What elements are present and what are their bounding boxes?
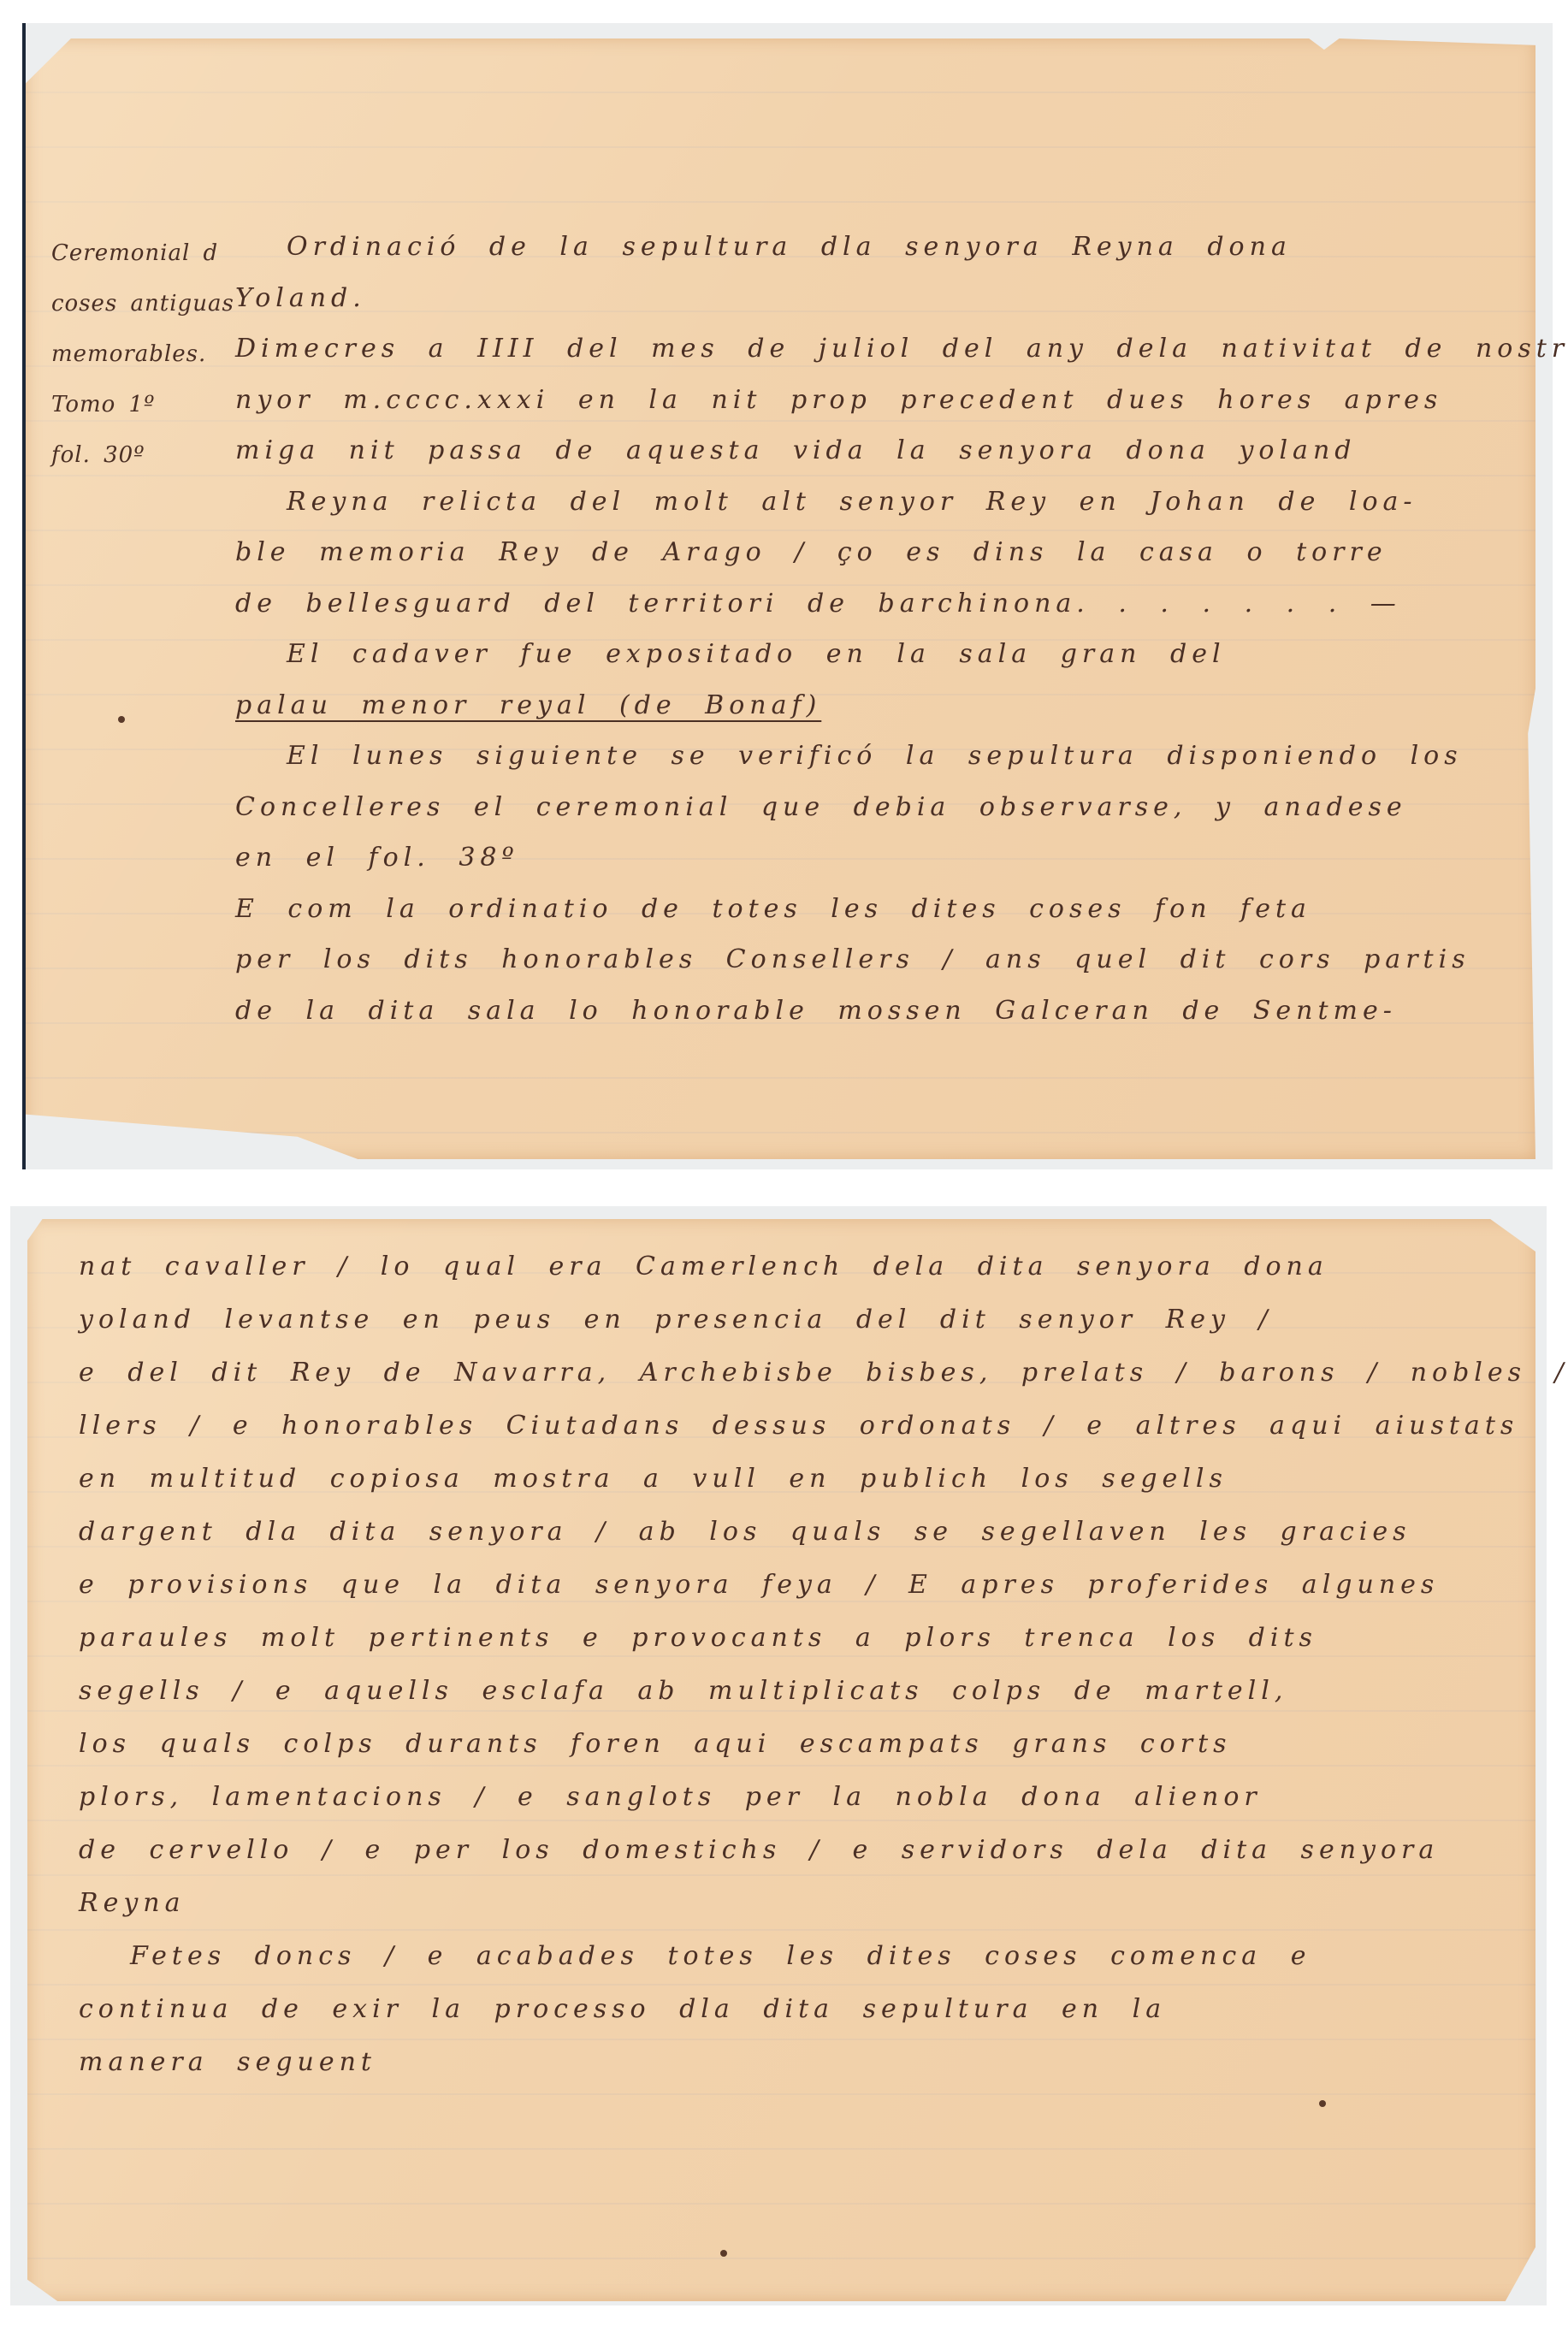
text-line: e provisions que la dita senyora feya / … <box>79 1559 1568 1612</box>
text-line: dargent dla dita senyora / ab los quals … <box>79 1506 1568 1559</box>
text-line: Fetes doncs / e acabades totes les dites… <box>79 1930 1568 1983</box>
text-line: segells / e aquells esclafa ab multiplic… <box>79 1665 1568 1718</box>
text-line: en el fol. 38º <box>235 832 1568 884</box>
text-line: yoland levantse en peus en presencia del… <box>79 1293 1568 1347</box>
text-line: continua de exir la processo dla dita se… <box>79 1983 1568 2036</box>
margin-note-line: coses antiguas <box>51 279 234 329</box>
ink-spot <box>118 716 125 723</box>
text-line: de cervello / e per los domestichs / e s… <box>79 1824 1568 1877</box>
text-line: Reyna <box>79 1877 1568 1930</box>
text-line: plors, lamentacions / e sanglots per la … <box>79 1771 1568 1824</box>
text-line: de bellesguard del territori de barchino… <box>235 578 1568 630</box>
margin-note-line: memorables. <box>51 329 234 380</box>
margin-note: Ceremonial d coses antiguas memorables. … <box>51 228 234 481</box>
text-line: ble memoria Rey de Arago / ço es dins la… <box>235 527 1568 578</box>
text-line: Reyna relicta del molt alt senyor Rey en… <box>235 476 1568 528</box>
title-line: Ordinació de la sepultura dla senyora Re… <box>235 222 1568 273</box>
text-line: per los dits honorables Consellers / ans… <box>235 934 1568 985</box>
manuscript-page-1-scan: Ceremonial d coses antiguas memorables. … <box>22 23 1553 1169</box>
text-line: El cadaver fue expositado en la sala gra… <box>235 629 1568 680</box>
text-line: e del dit Rey de Navarra, Archebisbe bis… <box>79 1347 1568 1400</box>
margin-note-line: fol. 30º <box>51 430 234 481</box>
margin-note-line: Tomo 1º <box>51 380 234 430</box>
underlined-text-line: palau menor reyal (de Bonaf) <box>235 680 1568 731</box>
manuscript-page-2-scan: nat cavaller / lo qual era Camerlench de… <box>10 1206 1547 2305</box>
text-line: miga nit passa de aquesta vida la senyor… <box>235 425 1568 476</box>
text-line: manera seguent <box>79 2036 1568 2089</box>
text-line: Dimecres a IIII del mes de juliol del an… <box>235 323 1568 375</box>
text-line: paraules molt pertinents e provocants a … <box>79 1612 1568 1665</box>
text-line: nyor m.cccc.xxxi en la nit prop preceden… <box>235 375 1568 426</box>
text-line: E com la ordinatio de totes les dites co… <box>235 884 1568 935</box>
page-1-text: Ordinació de la sepultura dla senyora Re… <box>235 222 1568 1036</box>
text-line: de la dita sala lo honorable mossen Galc… <box>235 985 1568 1037</box>
text-line: El lunes siguiente se verificó la sepult… <box>235 731 1568 782</box>
ink-spot <box>1319 2100 1326 2107</box>
text-line: nat cavaller / lo qual era Camerlench de… <box>79 1240 1568 1293</box>
text-line: Yoland. <box>235 273 1568 324</box>
ink-spot <box>720 2250 727 2257</box>
margin-note-line: Ceremonial d <box>51 228 234 279</box>
text-line: en multitud copiosa mostra a vull en pub… <box>79 1453 1568 1506</box>
text-line: llers / e honorables Ciutadans dessus or… <box>79 1400 1568 1453</box>
page-2-text: nat cavaller / lo qual era Camerlench de… <box>79 1240 1568 2089</box>
text-line: los quals colps durants foren aqui escam… <box>79 1718 1568 1771</box>
text-line: Concelleres el ceremonial que debia obse… <box>235 782 1568 833</box>
